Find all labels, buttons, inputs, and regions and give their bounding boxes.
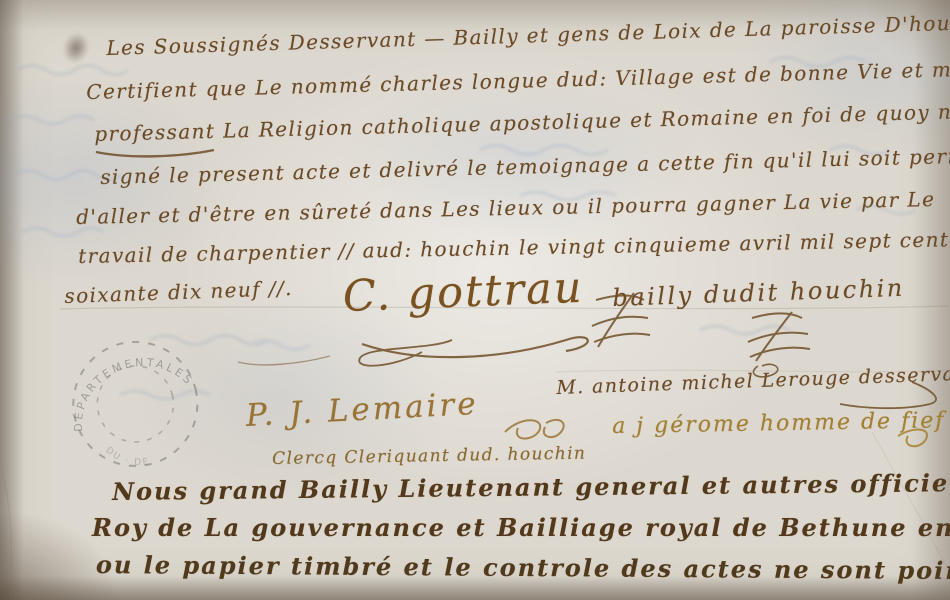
archive-stamp: DÉPARTEMENTALES DU · DE (40, 313, 230, 492)
svg-text:DU · DE: DU · DE (102, 437, 152, 477)
ink-smudge (52, 22, 100, 75)
professant-underline (96, 150, 214, 156)
lemaire-title: Clercq Cleriquant dud. houchin (272, 444, 586, 469)
stamp-arc-text: DÉPARTEMENTALES (58, 343, 202, 435)
lower-line-2: Roy de La gouvernance et Bailliage royal… (92, 513, 950, 542)
signature-gottrau: C. gottrau (342, 263, 584, 322)
bailly-paraphe (748, 312, 810, 377)
svg-text:DÉPARTEMENTALES: DÉPARTEMENTALES (58, 343, 202, 435)
body-line-5: d'aller et d'être en sûreté dans Les lie… (76, 187, 936, 229)
lemaire-flourish (505, 420, 564, 439)
body-line-4: signé le present acte et delivré le temo… (100, 143, 950, 189)
signature-lerouge: M. antoine michel Lerouge desservant (556, 362, 950, 399)
lower-line-3: ou le papier timbré et le controle des a… (96, 550, 950, 585)
body-line-1: Les Soussignés Desservant — Bailly et ge… (106, 9, 950, 60)
manuscript-page: DÉPARTEMENTALES DU · DE Les Soussignés D… (0, 0, 950, 600)
gottrau-flourish (238, 337, 588, 366)
bailly-title: bailly dudit houchin (612, 274, 905, 312)
body-line-3: professant La Religion catholique aposto… (94, 97, 950, 146)
lower-line-1: Nous grand Bailly Lieutenant general et … (112, 467, 950, 506)
signature-gerome: a j gérome homme de fief (612, 408, 946, 439)
body-line-7: soixante dix neuf //. (64, 276, 293, 308)
stamp-inner-text: DU · DE (102, 437, 152, 477)
body-line-6: travail de charpentier // aud: houchin l… (78, 227, 950, 268)
signature-lemaire: P. J. Lemaire (245, 386, 479, 434)
body-line-2: Certifient que Le nommé charles longue d… (86, 56, 950, 104)
archive-stamp-graphic: DÉPARTEMENTALES DU · DE (40, 313, 230, 492)
